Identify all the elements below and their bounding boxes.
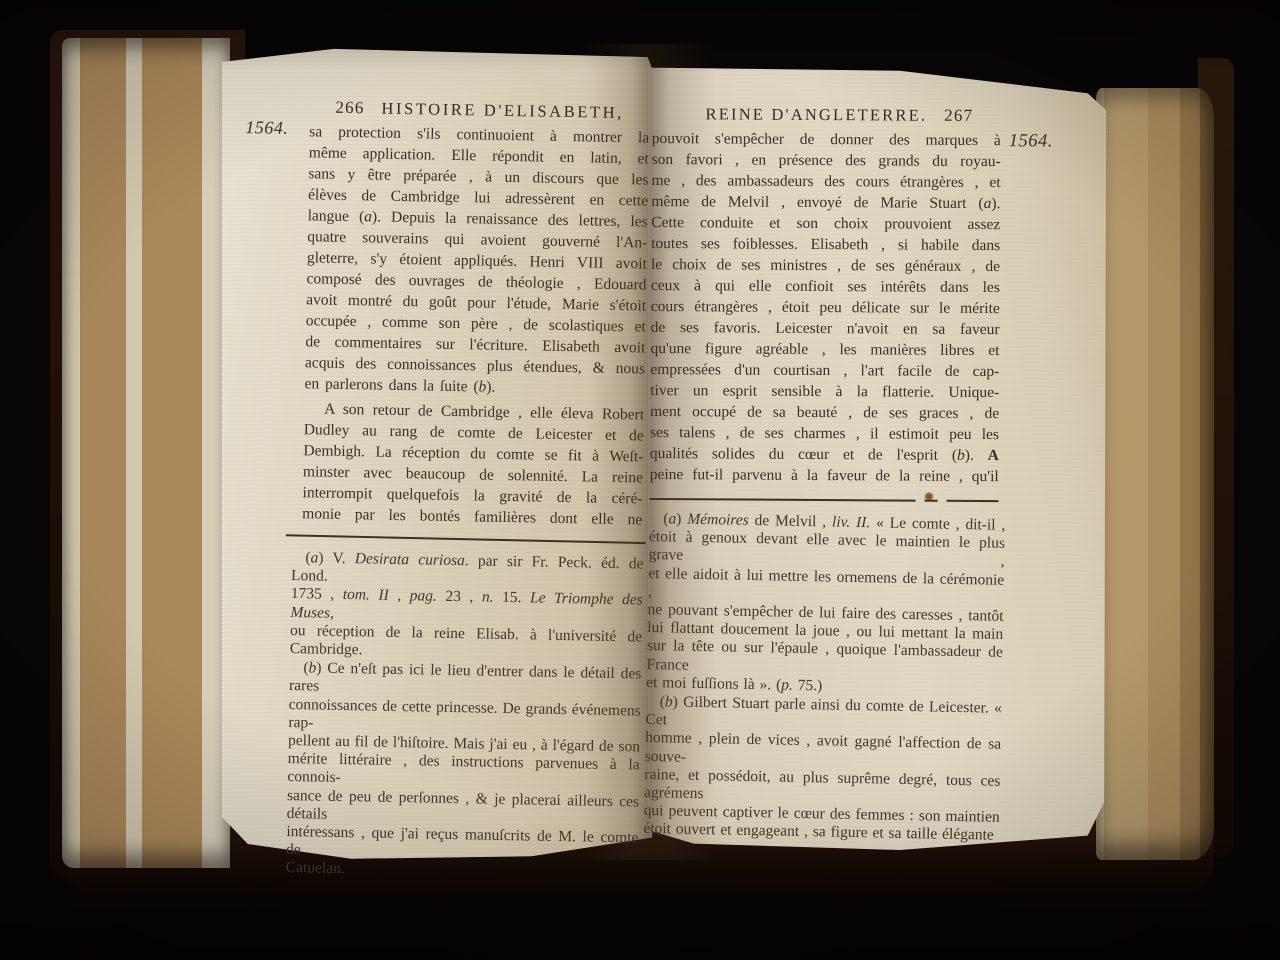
left-paragraph-1: sa protection s'ils continuoient à montr… [304,121,649,400]
text-line: même de Melvil , envoyé de Marie Stuart … [651,191,1000,214]
left-footnote-rule [286,534,646,544]
text-line: pouvoit s'empêcher de donner des marques… [652,128,1001,151]
right-page-text: 1564. REINE D'ANGLETERRE. 267 pouvoit s'… [648,104,1072,841]
left-paragraph-2: A son retour de Cambridge , elle éleva R… [302,398,644,530]
text-line: de ses favoris. Leicester n'avoit en sa … [651,317,1000,340]
left-running-title: HISTOIRE D'ELISABETH, [381,99,624,123]
text-line: qualités solides du cœur et de l'esprit … [650,443,999,466]
right-running-title: REINE D'ANGLETERRE. [705,104,927,125]
right-footnote-a: (a) Mémoires de Melvil , liv. II. « Le c… [646,510,1005,699]
left-running-head: 266 HISTOIRE D'ELISABETH, [310,97,650,123]
left-page-number: 266 [335,98,364,119]
right-footnotes: (a) Mémoires de Melvil , liv. II. « Le c… [643,510,1005,845]
right-margin-year: 1564. [1009,131,1053,152]
text-line: toutes ses foiblesses. Elisabeth , si ha… [651,233,1000,256]
right-page-fore-edge [1096,88,1214,860]
book-photo: 1564. 266 HISTOIRE D'ELISABETH, sa prote… [0,0,1280,960]
text-line: Cette conduite et son choix prouvoient a… [651,212,1000,235]
text-line: tiver un esprit sensible à la flatterie.… [650,380,999,403]
left-footnote-b: (b) Ce n'eſt pas ici le lieu d'entrer da… [286,659,642,884]
right-page-number: 267 [944,106,973,126]
text-line: ceux à qui elle confioit ses intérêts da… [651,275,1000,298]
text-line: ou réception de la reine Elisab. à l'uni… [290,622,643,665]
left-page-text: 1564. 266 HISTOIRE D'ELISABETH, sa prote… [226,90,660,884]
text-line: le choix de ses ministres , de ses génér… [651,254,1000,277]
text-line: me , des ambassadeurs des cours étrangèr… [651,170,1000,193]
text-line: qu'une figure agréable , les manières li… [650,338,999,361]
right-footnote-b: (b) Gilbert Stuart parle ainsi du comte … [643,693,1002,845]
right-running-head: REINE D'ANGLETERRE. 267 [678,104,1001,126]
text-line: peine fut-il parvenu à la faveur de la r… [650,464,999,487]
left-footnote-a: (a) V. Desirata curiosa. par sir Fr. Pec… [290,549,644,665]
text-line: ment occupé de sa beauté , de ses graces… [650,401,999,424]
left-margin-year: 1564. [245,117,288,139]
text-line: empressées d'un courtisan , l'art facile… [650,359,999,382]
text-line: ses talens , de ses charmes , il estimoi… [650,422,999,445]
left-page-fore-edge [62,38,230,868]
right-footnote-rule [650,498,999,502]
text-line: étoit à genoux devant elle avec le maint… [648,528,1005,571]
right-paragraph: pouvoit s'empêcher de donner des marques… [650,128,1001,487]
text-line: son favori , en présence des grands du r… [652,149,1001,172]
text-line: mérite littéraire , des instructions par… [287,750,640,793]
text-line: cours étrangères , étoit peu délicate su… [651,296,1000,319]
